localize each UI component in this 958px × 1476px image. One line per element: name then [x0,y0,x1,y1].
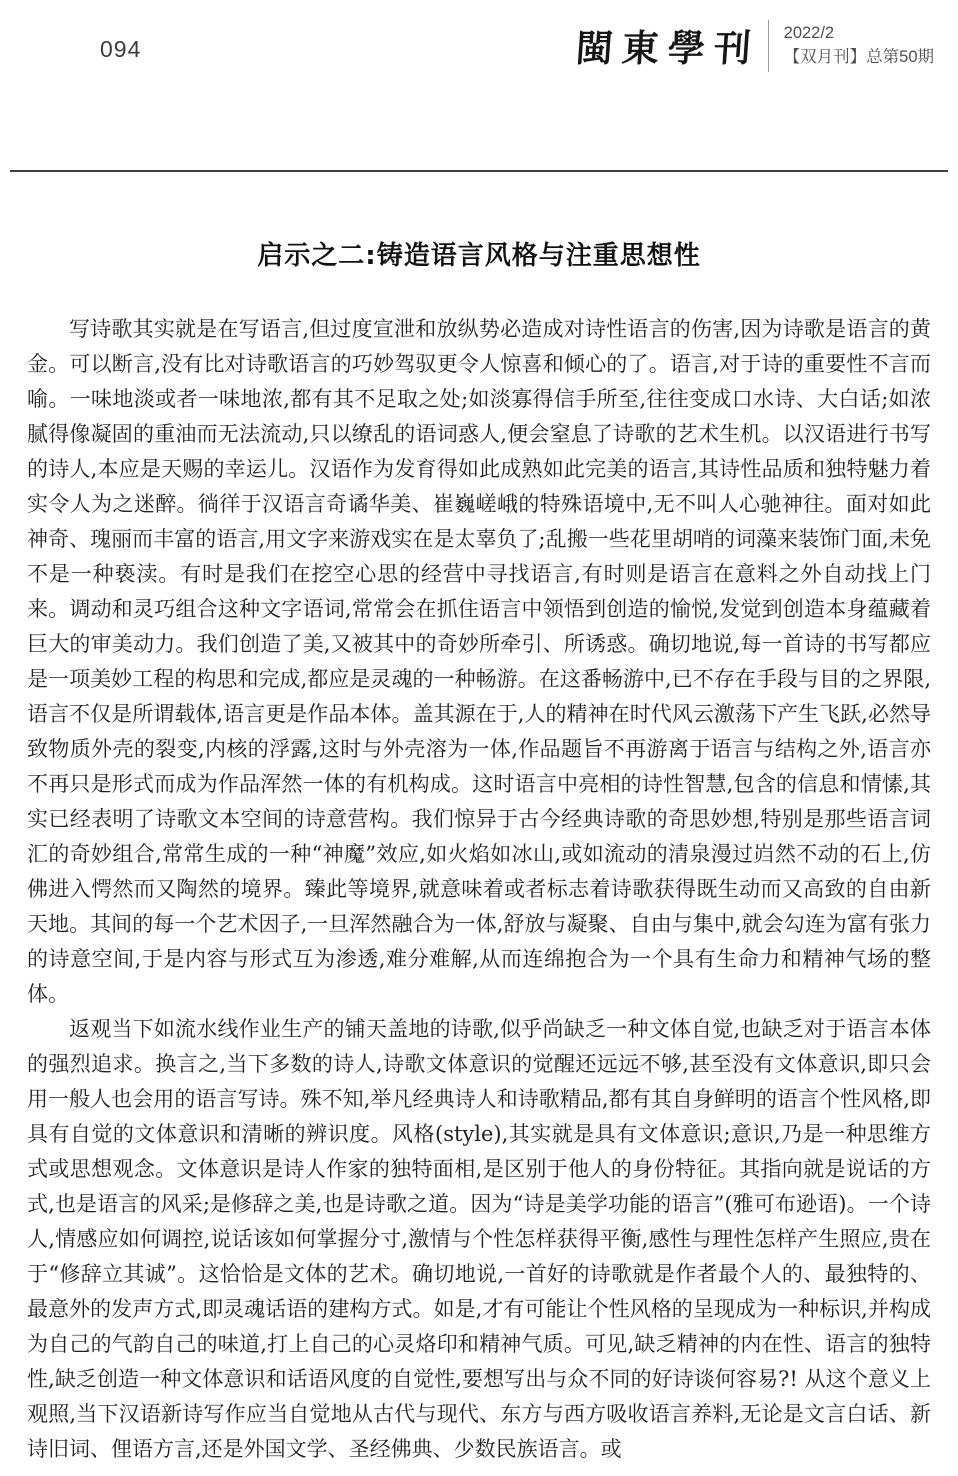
header-rule [10,170,948,172]
journal-title: 閩東學刊 [574,26,761,67]
paragraph-2: 返观当下如流水线作业生产的铺天盖地的诗歌,似乎尚缺乏一种文体自觉,也缺乏对于语言… [27,1012,931,1467]
issue-info: 2022/2 【双月刊】总第50期 [784,22,934,70]
issue-number: 【双月刊】总第50期 [784,46,934,70]
masthead-divider [768,20,769,72]
article-body: 启示之二:铸造语言风格与注重思想性 写诗歌其实就是在写语言,但过度宣泄和放纵势必… [27,240,931,1467]
section-title: 启示之二:铸造语言风格与注重思想性 [27,240,931,272]
paragraph-1: 写诗歌其实就是在写语言,但过度宣泄和放纵势必造成对诗性语言的伤害,因为诗歌是语言… [27,312,931,1012]
issue-year: 2022/2 [784,22,934,46]
page-number: 094 [100,36,141,63]
journal-page: 094 閩東學刊 2022/2 【双月刊】总第50期 启示之二:铸造语言风格与注… [0,0,958,1476]
journal-masthead: 閩東學刊 2022/2 【双月刊】总第50期 [576,20,934,72]
